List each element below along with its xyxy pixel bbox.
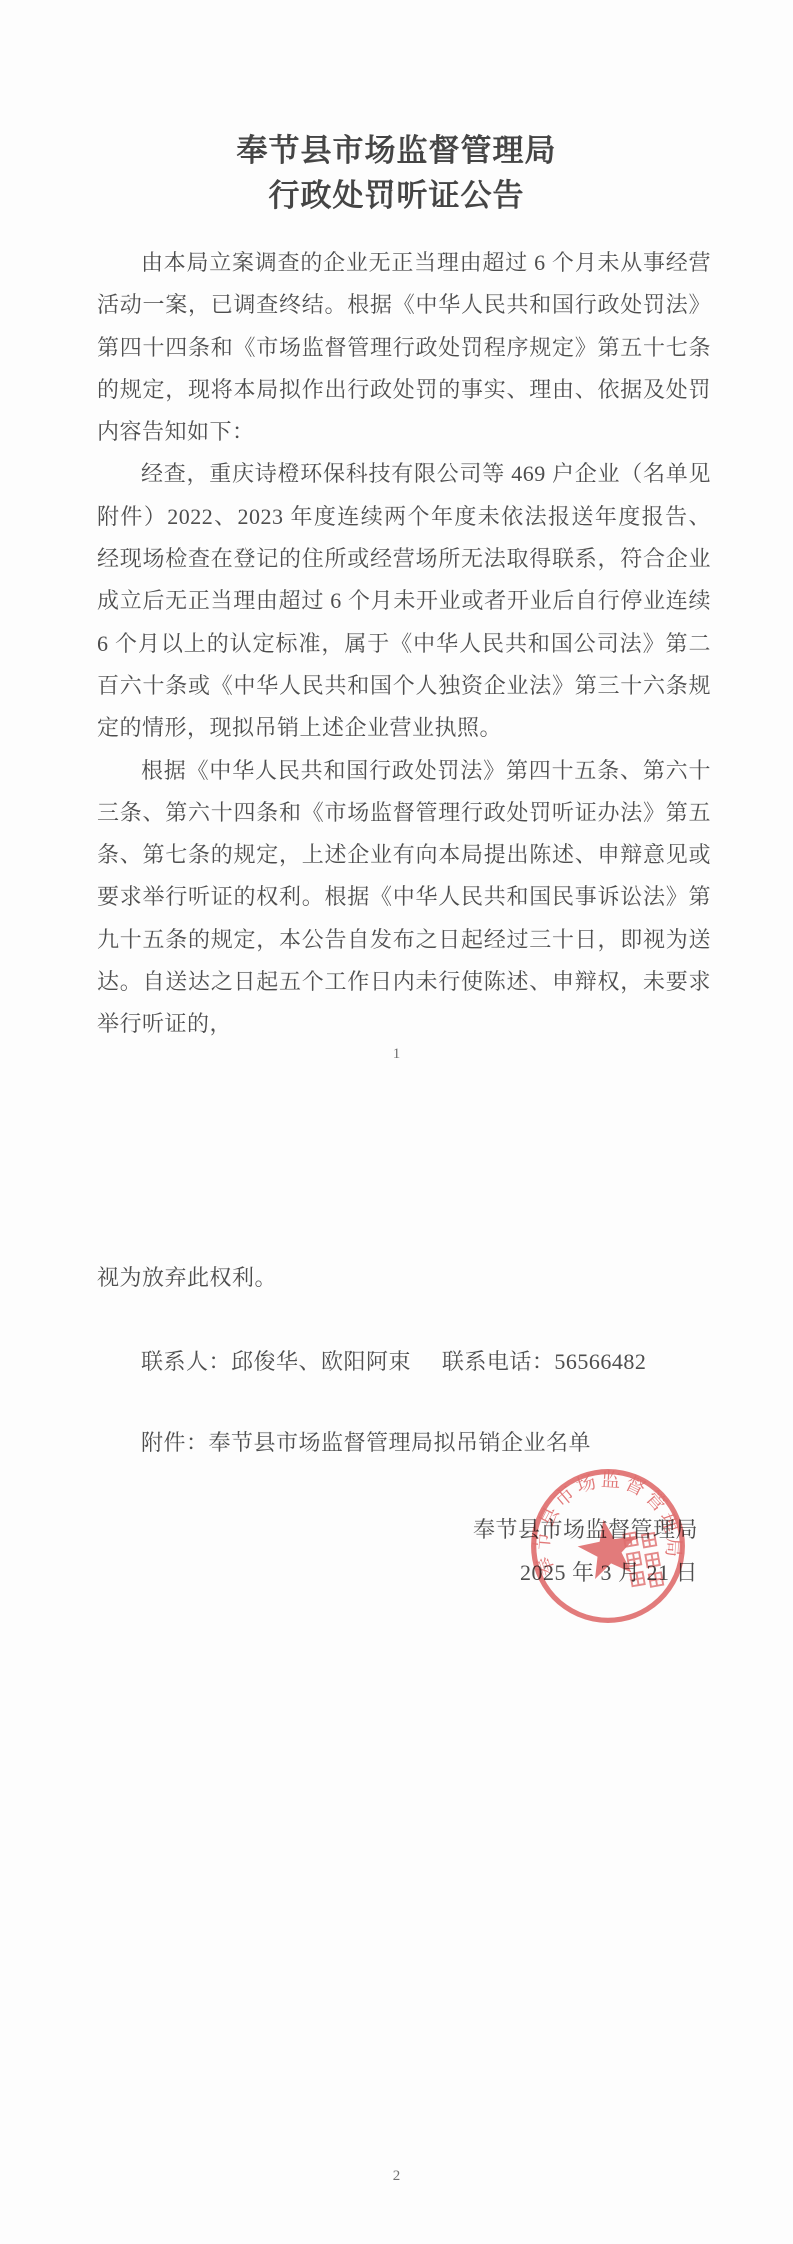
- document-title-line1: 奉节县市场监督管理局: [0, 128, 793, 173]
- continuation-line: 视为放弃此权利。: [97, 1257, 711, 1299]
- page-number-1: 1: [0, 1046, 793, 1063]
- document-scan: 奉节县市场监督管理局 行政处罚听证公告 由本局立案调查的企业无正当理由超过 6 …: [0, 0, 793, 2244]
- body-paragraph-2: 经查，重庆诗橙环保科技有限公司等 469 户企业（名单见附件）2022、2023…: [97, 453, 711, 749]
- document-body: 由本局立案调查的企业无正当理由超过 6 个月未从事经营活动一案，已调查终结。根据…: [97, 242, 711, 1046]
- body-paragraph-1: 由本局立案调查的企业无正当理由超过 6 个月未从事经营活动一案，已调查终结。根据…: [97, 242, 711, 453]
- document-title-line2: 行政处罚听证公告: [0, 173, 793, 218]
- contact-phone: 联系电话：56566482: [442, 1349, 647, 1374]
- contact-person: 联系人：邱俊华、欧阳阿束: [141, 1349, 411, 1374]
- contact-line: 联系人：邱俊华、欧阳阿束联系电话：56566482: [97, 1341, 737, 1383]
- document-title: 奉节县市场监督管理局 行政处罚听证公告: [0, 128, 793, 218]
- body-paragraph-3: 根据《中华人民共和国行政处罚法》第四十五条、第六十三条、第六十四条和《市场监督管…: [97, 750, 711, 1046]
- seal-star-icon: [574, 1515, 643, 1581]
- official-seal: 奉节县市场监督管理局: [514, 1452, 702, 1640]
- page-number-2: 2: [0, 2168, 793, 2185]
